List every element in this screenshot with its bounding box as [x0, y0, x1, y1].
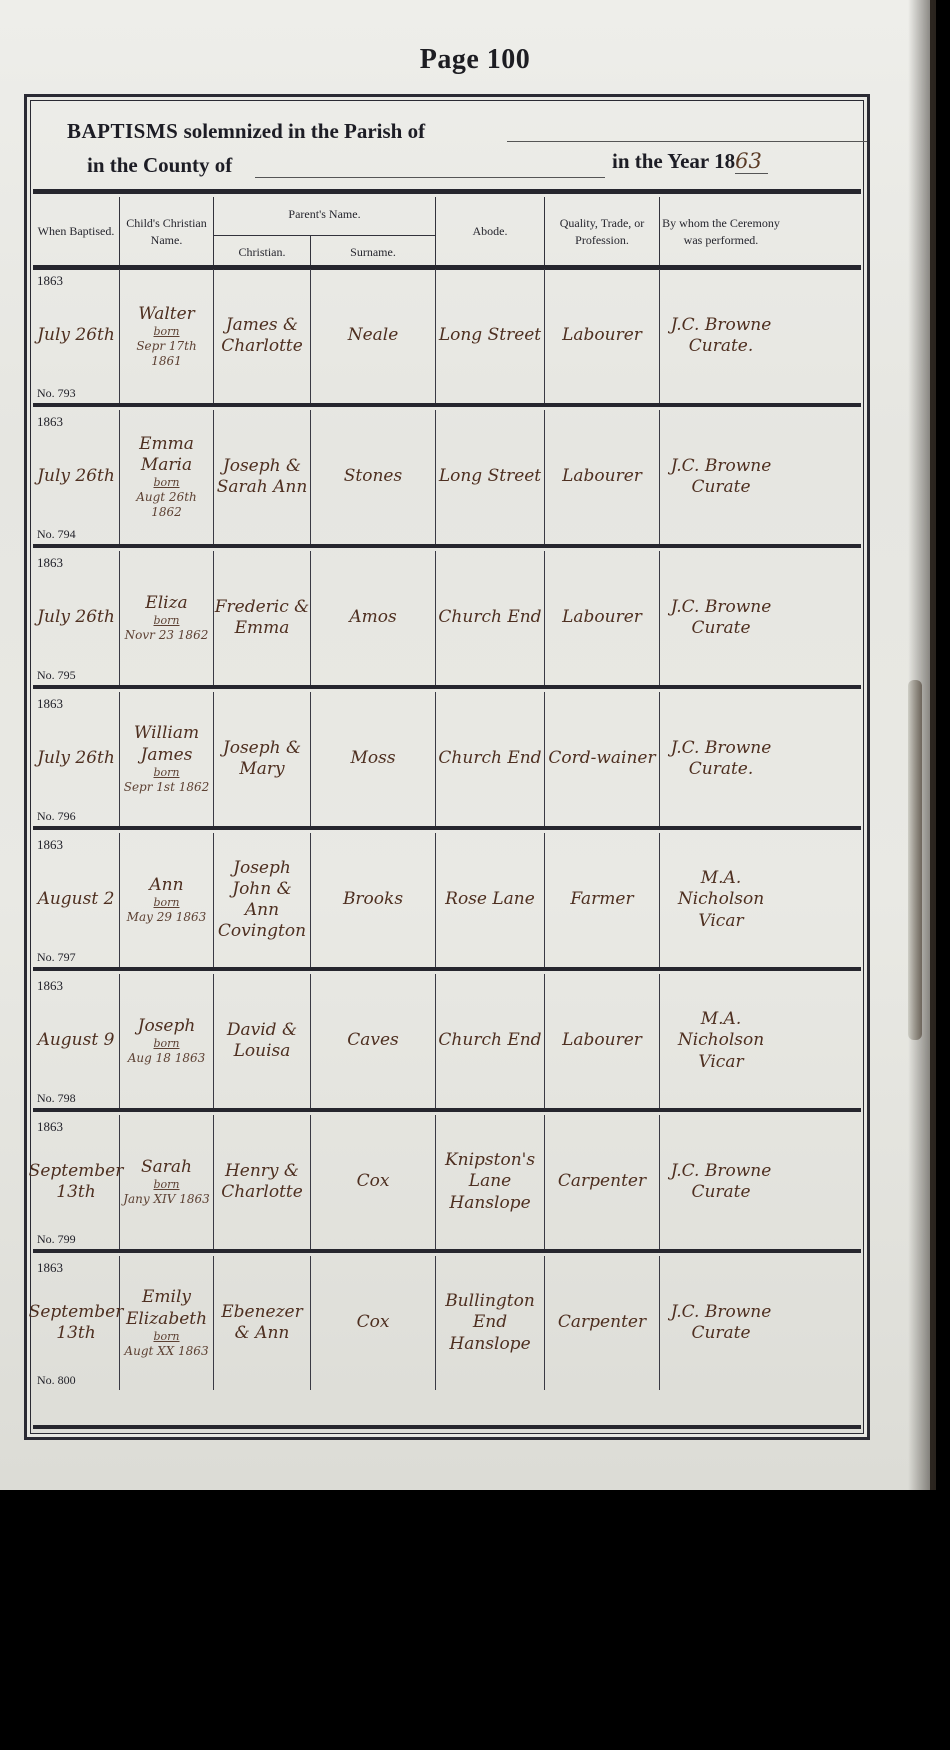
- rule-divider: [33, 1249, 861, 1253]
- abode: Long Street: [439, 466, 541, 487]
- year-label: in the Year 18: [612, 149, 735, 173]
- officiant-office: Curate.: [689, 759, 754, 780]
- parent-christian-names: Joseph John & Ann Covington: [214, 858, 310, 943]
- officiant-name: J.C. Browne: [671, 456, 772, 477]
- born-label: born: [153, 896, 179, 910]
- officiant-name: J.C. Browne: [671, 1161, 772, 1182]
- officiant-name: J.C. Browne: [671, 1302, 772, 1323]
- parent-surname: Cox: [357, 1312, 390, 1333]
- rule-divider: [33, 685, 861, 689]
- birth-date: Augt 26th 1862: [120, 490, 213, 520]
- baptism-date: September 13th: [29, 1161, 124, 1204]
- header-child-name: Child's Christian Name.: [120, 197, 214, 267]
- entry-year: 1863: [37, 696, 63, 712]
- cell-when-baptised: 1863 September 13th No. 800: [33, 1256, 120, 1390]
- birth-date: Sepr 17th 1861: [120, 339, 213, 369]
- cell-quality: Carpenter: [545, 1115, 660, 1249]
- cell-parent-christian: Ebenezer & Ann: [214, 1256, 311, 1390]
- cell-parent-surname: Brooks: [311, 833, 436, 967]
- child-name: Emma Maria: [120, 434, 213, 477]
- born-label: born: [153, 325, 179, 339]
- cell-officiant: J.C. Browne Curate.: [660, 269, 782, 403]
- abode: Rose Lane: [445, 889, 535, 910]
- officiant-office: Curate: [691, 618, 750, 639]
- cell-parent-surname: Neale: [311, 269, 436, 403]
- officiant-office: Curate: [691, 1323, 750, 1344]
- officiant-name: J.C. Browne: [671, 597, 772, 618]
- entry-year: 1863: [37, 273, 63, 289]
- cell-child-name: Emily Elizabeth born Augt XX 1863: [120, 1256, 214, 1390]
- cell-child-name: Walter born Sepr 17th 1861: [120, 269, 214, 403]
- entry-year: 1863: [37, 1260, 63, 1276]
- baptism-date: July 26th: [37, 607, 115, 628]
- child-name: Sarah: [141, 1157, 192, 1178]
- cell-parent-christian: Henry & Charlotte: [214, 1115, 311, 1249]
- officiant-office: Curate: [691, 1182, 750, 1203]
- baptism-date: August 9: [38, 1030, 115, 1051]
- cell-parent-christian: Joseph & Mary: [214, 692, 311, 826]
- cell-when-baptised: 1863 August 2 No. 797: [33, 833, 120, 967]
- cell-when-baptised: 1863 July 26th No. 794: [33, 410, 120, 544]
- register-entry: 1863 July 26th No. 796 William James bor…: [33, 692, 861, 826]
- trade: Farmer: [570, 889, 633, 910]
- register-entry: 1863 July 26th No. 793 Walter born Sepr …: [33, 269, 861, 403]
- rule-divider: [33, 544, 861, 548]
- abode: Long Street: [439, 325, 541, 346]
- abode: Knipston's Lane Hanslope: [436, 1150, 544, 1214]
- officiant-name: J.C. Browne: [671, 738, 772, 759]
- cell-quality: Labourer: [545, 269, 660, 403]
- parent-christian-names: Joseph & Sarah Ann: [214, 456, 310, 499]
- cell-quality: Carpenter: [545, 1256, 660, 1390]
- cell-officiant: J.C. Browne Curate.: [660, 692, 782, 826]
- rule-divider: [33, 1425, 861, 1429]
- cell-abode: Long Street: [436, 269, 545, 403]
- entry-year: 1863: [37, 837, 63, 853]
- parent-surname: Brooks: [343, 889, 403, 910]
- cell-officiant: M.A. Nicholson Vicar: [660, 974, 782, 1108]
- officiant-office: Vicar: [698, 1052, 743, 1073]
- cell-abode: Church End: [436, 692, 545, 826]
- abode: Church End: [438, 748, 541, 769]
- register-page: Page 100 BAPTISMS solemnized in the Pari…: [0, 0, 936, 1490]
- parent-surname: Amos: [349, 607, 396, 628]
- cell-abode: Church End: [436, 974, 545, 1108]
- child-name: William James: [120, 723, 213, 766]
- baptism-date: July 26th: [37, 325, 115, 346]
- header-abode: Abode.: [436, 197, 545, 267]
- parent-surname: Moss: [350, 748, 395, 769]
- parent-surname: Caves: [347, 1030, 399, 1051]
- parent-christian-names: James & Charlotte: [214, 315, 310, 358]
- cell-child-name: William James born Sepr 1st 1862: [120, 692, 214, 826]
- parent-surname: Cox: [357, 1171, 390, 1192]
- child-name: Walter: [138, 304, 195, 325]
- child-name: Emily Elizabeth: [120, 1287, 213, 1330]
- trade: Labourer: [562, 325, 642, 346]
- born-label: born: [153, 1330, 179, 1344]
- parish-blank-line: [507, 141, 867, 142]
- county-blank-line: [255, 177, 605, 178]
- cell-child-name: Eliza born Novr 23 1862: [120, 551, 214, 685]
- heading-parish: BAPTISMS solemnized in the Parish of: [67, 119, 425, 144]
- cell-when-baptised: 1863 July 26th No. 793: [33, 269, 120, 403]
- born-label: born: [153, 766, 179, 780]
- torn-page-edge: [908, 680, 922, 1040]
- cell-abode: Knipston's Lane Hanslope: [436, 1115, 545, 1249]
- page-number: Page 100: [0, 44, 950, 76]
- cell-abode: Bullington End Hanslope: [436, 1256, 545, 1390]
- cell-officiant: J.C. Browne Curate: [660, 551, 782, 685]
- heading-parish-label: solemnized in the Parish of: [184, 119, 426, 143]
- register-entry: 1863 July 26th No. 794 Emma Maria born A…: [33, 410, 861, 544]
- entry-year: 1863: [37, 1119, 63, 1135]
- rule-divider: [33, 403, 861, 407]
- register-entry: 1863 September 13th No. 800 Emily Elizab…: [33, 1256, 861, 1390]
- cell-abode: Long Street: [436, 410, 545, 544]
- child-name: Ann: [149, 875, 183, 896]
- child-name: Eliza: [145, 593, 187, 614]
- cell-parent-christian: Frederic & Emma: [214, 551, 311, 685]
- birth-date: Sepr 1st 1862: [124, 780, 210, 795]
- entry-number: No. 793: [37, 386, 76, 401]
- entry-year: 1863: [37, 414, 63, 430]
- cell-when-baptised: 1863 August 9 No. 798: [33, 974, 120, 1108]
- cell-parent-surname: Cox: [311, 1115, 436, 1249]
- rule-divider: [33, 1108, 861, 1112]
- cell-child-name: Emma Maria born Augt 26th 1862: [120, 410, 214, 544]
- birth-date: Jany XIV 1863: [123, 1192, 210, 1207]
- year-handwritten: 63: [735, 149, 768, 174]
- abode: Church End: [438, 1030, 541, 1051]
- header-when-baptised: When Baptised.: [33, 197, 120, 267]
- rule-divider: [33, 189, 861, 194]
- baptism-date: August 2: [38, 889, 115, 910]
- child-name: Joseph: [138, 1016, 196, 1037]
- entry-number: No. 797: [37, 950, 76, 965]
- cell-officiant: J.C. Browne Curate: [660, 410, 782, 544]
- cell-abode: Church End: [436, 551, 545, 685]
- header-parent-christian: Christian.: [214, 235, 311, 268]
- parent-christian-names: Henry & Charlotte: [214, 1161, 310, 1204]
- baptism-date: July 26th: [37, 748, 115, 769]
- officiant-name: M.A. Nicholson: [660, 1009, 782, 1052]
- cell-quality: Labourer: [545, 410, 660, 544]
- cell-parent-christian: James & Charlotte: [214, 269, 311, 403]
- parent-surname: Neale: [348, 325, 399, 346]
- rule-divider: [33, 826, 861, 830]
- entry-number: No. 794: [37, 527, 76, 542]
- rule-divider: [33, 967, 861, 971]
- officiant-office: Vicar: [698, 911, 743, 932]
- cell-parent-surname: Moss: [311, 692, 436, 826]
- baptism-date: September 13th: [29, 1302, 124, 1345]
- birth-date: May 29 1863: [127, 910, 207, 925]
- register-entry: 1863 August 9 No. 798 Joseph born Aug 18…: [33, 974, 861, 1108]
- cell-parent-surname: Amos: [311, 551, 436, 685]
- parent-surname: Stones: [344, 466, 402, 487]
- register-entry: 1863 August 2 No. 797 Ann born May 29 18…: [33, 833, 861, 967]
- parent-christian-names: Frederic & Emma: [214, 597, 310, 640]
- entry-number: No. 800: [37, 1373, 76, 1388]
- birth-date: Augt XX 1863: [124, 1344, 208, 1359]
- cell-quality: Labourer: [545, 551, 660, 685]
- cell-quality: Cord-wainer: [545, 692, 660, 826]
- cell-parent-surname: Caves: [311, 974, 436, 1108]
- cell-officiant: J.C. Browne Curate: [660, 1256, 782, 1390]
- born-label: born: [153, 476, 179, 490]
- entry-number: No. 796: [37, 809, 76, 824]
- officiant-office: Curate: [691, 477, 750, 498]
- header-by-whom: By whom the Ceremony was performed.: [660, 197, 782, 267]
- register-entry: 1863 September 13th No. 799 Sarah born J…: [33, 1115, 861, 1249]
- cell-child-name: Sarah born Jany XIV 1863: [120, 1115, 214, 1249]
- column-headers: When Baptised. Child's Christian Name. P…: [33, 197, 861, 267]
- entry-number: No. 799: [37, 1232, 76, 1247]
- baptism-register-table: BAPTISMS solemnized in the Parish of in …: [24, 94, 870, 1440]
- cell-parent-christian: David & Louisa: [214, 974, 311, 1108]
- born-label: born: [153, 1037, 179, 1051]
- entry-number: No. 798: [37, 1091, 76, 1106]
- cell-parent-surname: Stones: [311, 410, 436, 544]
- header-quality: Quality, Trade, or Profession.: [545, 197, 660, 267]
- abode: Church End: [438, 607, 541, 628]
- cell-quality: Labourer: [545, 974, 660, 1108]
- officiant-office: Curate.: [689, 336, 754, 357]
- cell-officiant: M.A. Nicholson Vicar: [660, 833, 782, 967]
- heading-baptisms: BAPTISMS: [67, 119, 178, 143]
- entry-number: No. 795: [37, 668, 76, 683]
- cell-when-baptised: 1863 July 26th No. 795: [33, 551, 120, 685]
- baptism-date: July 26th: [37, 466, 115, 487]
- entry-year: 1863: [37, 978, 63, 994]
- header-parent-surname: Surname.: [311, 235, 435, 268]
- cell-quality: Farmer: [545, 833, 660, 967]
- header-parents-group: Parent's Name. Christian. Surname.: [214, 197, 436, 267]
- cell-when-baptised: 1863 July 26th No. 796: [33, 692, 120, 826]
- parent-christian-names: Joseph & Mary: [214, 738, 310, 781]
- register-heading: BAPTISMS solemnized in the Parish of in …: [47, 119, 857, 189]
- trade: Labourer: [562, 466, 642, 487]
- entry-year: 1863: [37, 555, 63, 571]
- heading-year: in the Year 1863: [612, 149, 768, 174]
- officiant-name: J.C. Browne: [671, 315, 772, 336]
- born-label: born: [153, 1178, 179, 1192]
- cell-parent-christian: Joseph & Sarah Ann: [214, 410, 311, 544]
- cell-parent-surname: Cox: [311, 1256, 436, 1390]
- cell-child-name: Ann born May 29 1863: [120, 833, 214, 967]
- trade: Carpenter: [558, 1171, 646, 1192]
- born-label: born: [153, 614, 179, 628]
- trade: Labourer: [562, 1030, 642, 1051]
- heading-county-label: in the County of: [87, 153, 232, 178]
- cell-child-name: Joseph born Aug 18 1863: [120, 974, 214, 1108]
- officiant-name: M.A. Nicholson: [660, 868, 782, 911]
- trade: Carpenter: [558, 1312, 646, 1333]
- cell-parent-christian: Joseph John & Ann Covington: [214, 833, 311, 967]
- birth-date: Aug 18 1863: [128, 1051, 206, 1066]
- trade: Cord-wainer: [548, 748, 655, 769]
- header-parents-name: Parent's Name.: [214, 207, 435, 222]
- cell-abode: Rose Lane: [436, 833, 545, 967]
- birth-date: Novr 23 1862: [125, 628, 209, 643]
- parent-christian-names: David & Louisa: [214, 1020, 310, 1063]
- abode: Bullington End Hanslope: [436, 1291, 544, 1355]
- cell-when-baptised: 1863 September 13th No. 799: [33, 1115, 120, 1249]
- parent-christian-names: Ebenezer & Ann: [214, 1302, 310, 1345]
- cell-officiant: J.C. Browne Curate: [660, 1115, 782, 1249]
- register-entry: 1863 July 26th No. 795 Eliza born Novr 2…: [33, 551, 861, 685]
- trade: Labourer: [562, 607, 642, 628]
